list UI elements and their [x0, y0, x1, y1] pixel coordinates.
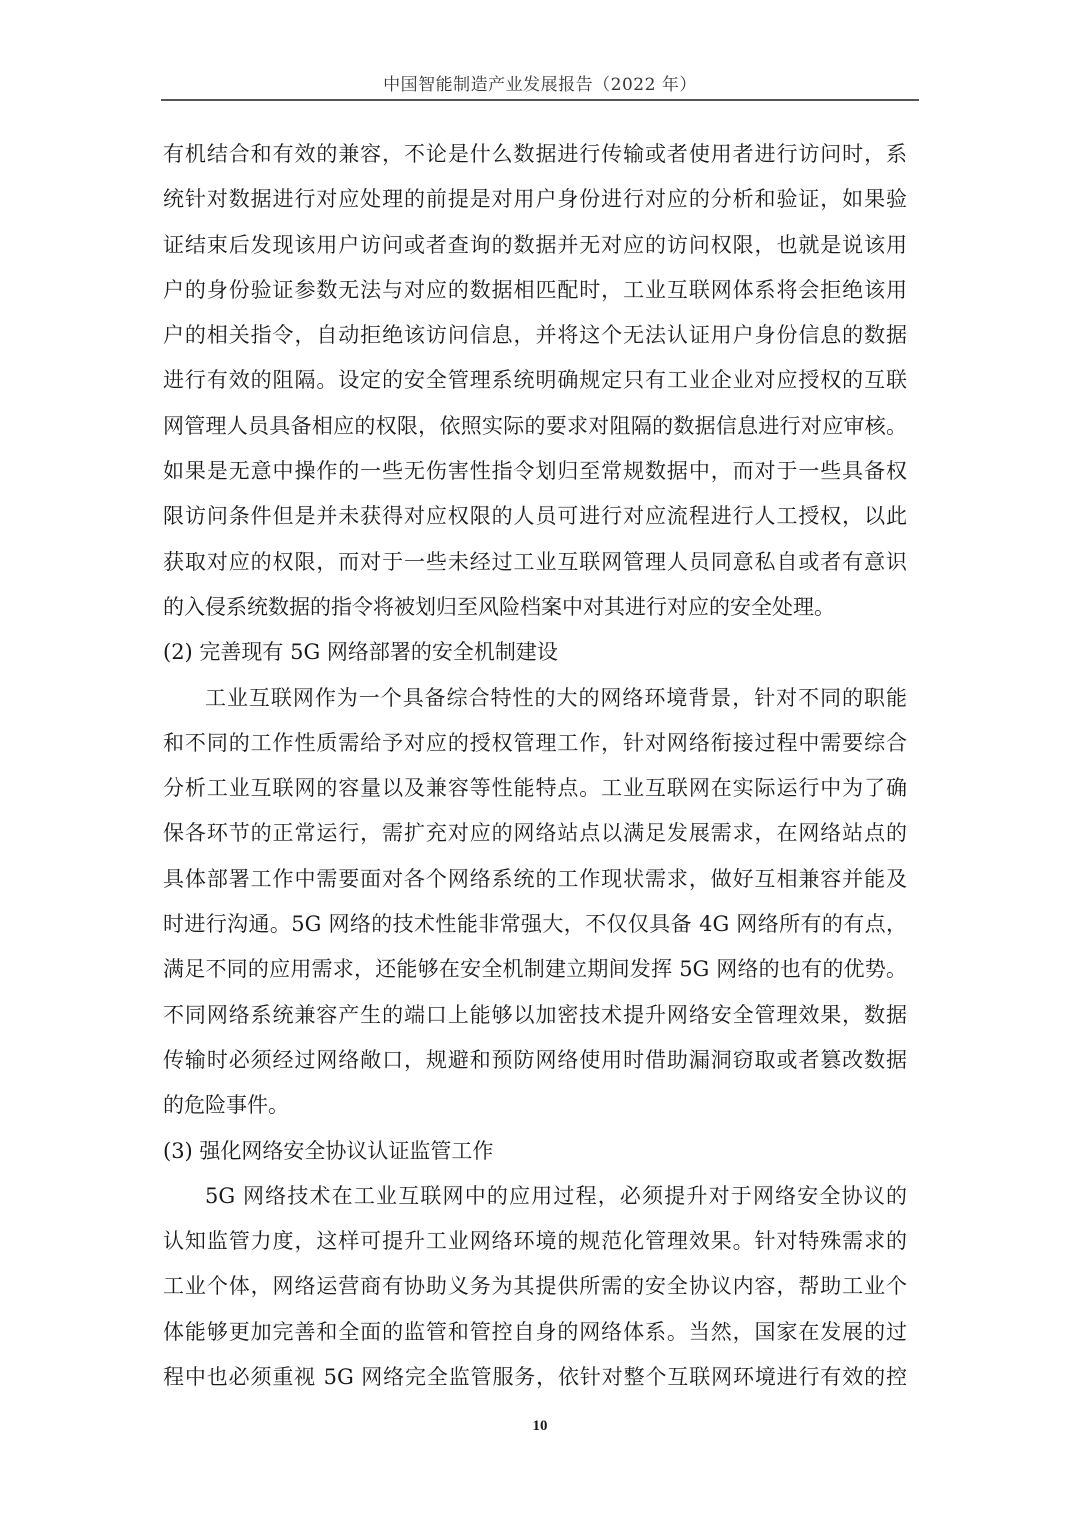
text-line: 程中也必须重视 5G 网络完全监管服务，依针对整个互联网环境进行有效的控: [163, 1355, 907, 1400]
text-line: 工业个体，网络运营商有协助义务为其提供所需的安全协议内容，帮助工业个: [163, 1264, 907, 1309]
text-line: 限访问条件但是并未获得对应权限的人员可进行对应流程进行人工授权，以此: [163, 494, 907, 539]
text-line: 认知监管力度，这样可提升工业网络环境的规范化管理效果。针对特殊需求的: [163, 1219, 907, 1264]
text-line: 传输时必须经过网络敞口，规避和预防网络使用时借助漏洞窃取或者篡改数据: [163, 1038, 907, 1083]
text-line: 进行有效的阻隔。设定的安全管理系统明确规定只有工业企业对应授权的互联: [163, 358, 907, 403]
text-line: 5G 网络技术在工业互联网中的应用过程，必须提升对于网络安全协议的: [163, 1174, 907, 1219]
text-line: 体能够更加完善和全面的监管和管控自身的网络体系。当然，国家在发展的过: [163, 1310, 907, 1355]
text-line: 户的身份验证参数无法与对应的数据相匹配时，工业互联网体系将会拒绝该用: [163, 268, 907, 313]
text-line: 统针对数据进行对应处理的前提是对用户身份进行对应的分析和验证，如果验: [163, 177, 907, 222]
running-header: 中国智能制造产业发展报告（2022 年）: [160, 70, 920, 95]
text-line: 如果是无意中操作的一些无伤害性指令划归至常规数据中，而对于一些具备权: [163, 449, 907, 494]
text-line: 获取对应的权限，而对于一些未经过工业互联网管理人员同意私自或者有意识: [163, 540, 907, 585]
text-line: 证结束后发现该用户访问或者查询的数据并无对应的访问权限，也就是说该用: [163, 223, 907, 268]
text-line: 网管理人员具备相应的权限，依照实际的要求对阻隔的数据信息进行对应审核。: [163, 404, 907, 449]
text-line: 满足不同的应用需求，还能够在安全机制建立期间发挥 5G 网络的也有的优势。: [163, 947, 907, 992]
text-line: 的入侵系统数据的指令将被划归至风险档案中对其进行对应的安全处理。: [163, 585, 907, 630]
text-line: 具体部署工作中需要面对各个网络系统的工作现状需求，做好互相兼容并能及: [163, 857, 907, 902]
text-line: 和不同的工作性质需给予对应的授权管理工作，针对网络衔接过程中需要综合: [163, 721, 907, 766]
text-line: 时进行沟通。5G 网络的技术性能非常强大，不仅仅具备 4G 网络所有的有点，: [163, 902, 907, 947]
text-line: 的危险事件。: [163, 1083, 907, 1128]
page-number: 10: [0, 1418, 1080, 1435]
text-line: 户的相关指令，自动拒绝该访问信息，并将这个无法认证用户身份信息的数据: [163, 313, 907, 358]
document-body: 有机结合和有效的兼容，不论是什么数据进行传输或者使用者进行访问时，系统针对数据进…: [163, 132, 907, 1400]
text-line: 分析工业互联网的容量以及兼容等性能特点。工业互联网在实际运行中为了确: [163, 766, 907, 811]
text-line: 工业互联网作为一个具备综合特性的大的网络环境背景，针对不同的职能: [163, 676, 907, 721]
section-heading: (3) 强化网络安全协议认证监管工作: [163, 1129, 907, 1174]
text-line: 有机结合和有效的兼容，不论是什么数据进行传输或者使用者进行访问时，系: [163, 132, 907, 177]
header-divider: [161, 99, 919, 101]
section-heading: (2) 完善现有 5G 网络部署的安全机制建设: [163, 630, 907, 675]
text-line: 保各环节的正常运行，需扩充对应的网络站点以满足发展需求，在网络站点的: [163, 811, 907, 856]
text-line: 不同网络系统兼容产生的端口上能够以加密技术提升网络安全管理效果，数据: [163, 993, 907, 1038]
